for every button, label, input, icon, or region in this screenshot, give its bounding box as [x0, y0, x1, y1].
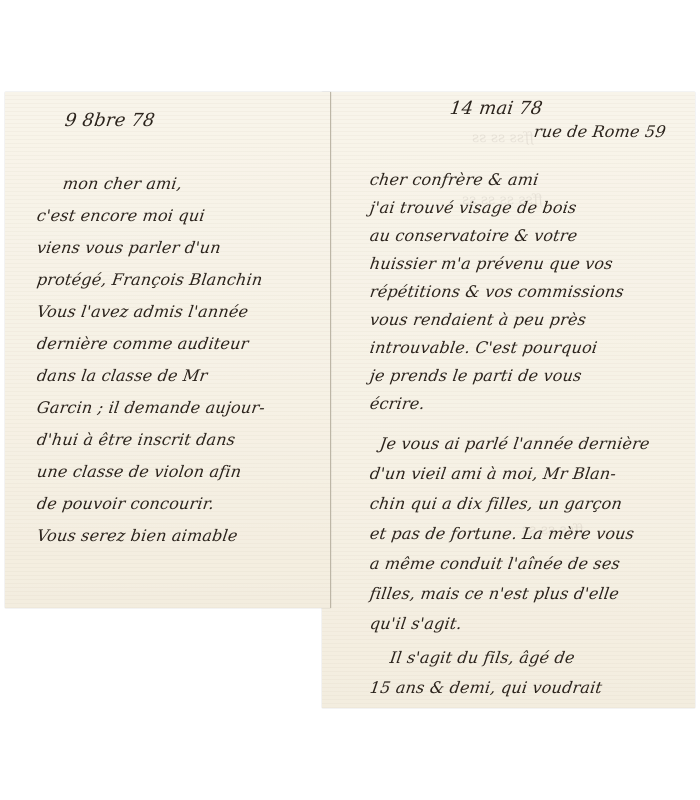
letter-line: de pouvoir concourir.	[36, 494, 216, 513]
letter-line: viens vous parler d'un	[36, 238, 223, 257]
letter-line: je prends le parti de vous	[369, 366, 583, 385]
letter-line: cher confrère & ami	[369, 170, 540, 189]
letter-line: a même conduit l'aînée de ses	[369, 554, 622, 573]
letter-page-left: 9 8bre 78 mon cher ami, c'est encore moi…	[5, 92, 331, 608]
letter-line: mon cher ami,	[62, 174, 184, 193]
letter-line: c'est encore moi qui	[36, 206, 206, 225]
letter-line: introuvable. C'est pourquoi	[369, 338, 599, 357]
letter-line: au conservatoire & votre	[369, 226, 579, 245]
letter-date: 14 mai 78	[449, 98, 545, 119]
letter-line: répétitions & vos commissions	[369, 282, 626, 301]
letter-line: et pas de fortune. La mère vous	[369, 524, 636, 543]
letter-date: 9 8bre 78	[64, 110, 157, 131]
letter-line: huissier m'a prévenu que vos	[369, 254, 614, 273]
letter-line: dans la classe de Mr	[36, 366, 209, 385]
letter-line: dernière comme auditeur	[36, 334, 250, 353]
letter-line: qu'il s'agit.	[369, 614, 464, 633]
letter-line: d'hui à être inscrit dans	[36, 430, 237, 449]
letter-line: vous rendaient à peu près	[369, 310, 588, 329]
letter-line: filles, mais ce n'est plus d'elle	[369, 584, 621, 603]
letter-line: écrire.	[369, 394, 426, 413]
letter-line: Je vous ai parlé l'année dernière	[379, 434, 651, 453]
letter-line: Garcin ; il demande aujour-	[36, 398, 267, 417]
letter-page-right: ffss ss ss ffss ss ss ss ffss ss ss 14 m…	[322, 92, 695, 708]
letter-line: 15 ans & demi, qui voudrait	[369, 678, 604, 697]
letter-line: Vous serez bien aimable	[36, 526, 239, 545]
letter-line: chin qui a dix filles, un garçon	[369, 494, 624, 513]
letter-address: rue de Rome 59	[533, 122, 668, 141]
letter-line: Il s'agit du fils, âgé de	[389, 648, 576, 667]
letter-line: j'ai trouvé visage de bois	[369, 198, 578, 217]
letter-line: protégé, François Blanchin	[36, 270, 264, 289]
letter-line: Vous l'avez admis l'année	[36, 302, 250, 321]
bleed-through-text: ffss ss ss	[471, 130, 535, 146]
letter-line: une classe de violon afin	[36, 462, 243, 481]
letter-line: d'un vieil ami à moi, Mr Blan-	[369, 464, 618, 483]
